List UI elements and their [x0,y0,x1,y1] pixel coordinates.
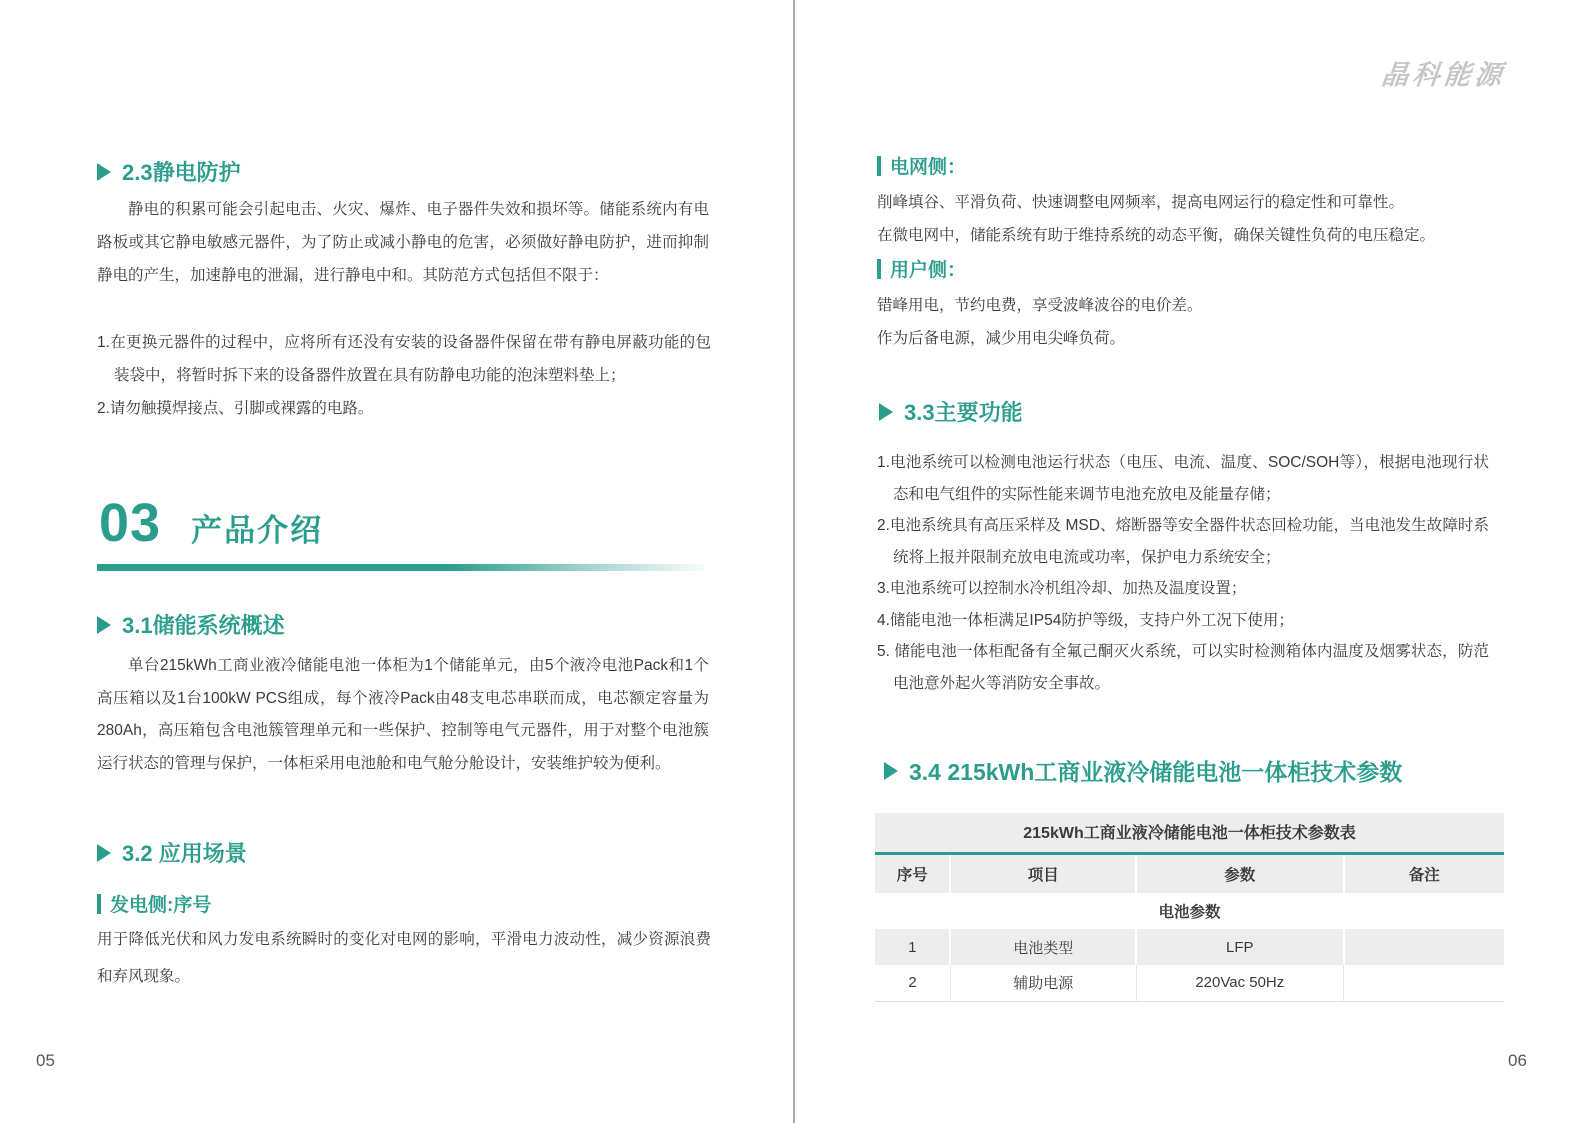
section-3-4-title: 3.4 215kWh工商业液冷储能电池一体柜技术参数 [909,754,1402,787]
list-item: 2.请勿触摸焊接点、引脚或裸露的电路。 [97,392,711,425]
table-caption: 215kWh工商业液冷储能电池一体柜技术参数表 [875,813,1504,855]
page-number-left: 05 [36,1051,55,1071]
table-row: 1 电池类型 LFP [875,929,1504,965]
triangle-bullet-icon [97,616,111,634]
section-3-3-title: 3.3主要功能 [904,396,1023,427]
table-cell: 2 [875,965,950,1001]
section-2-3-title: 2.3静电防护 [122,156,241,187]
column-header: 项目 [950,855,1136,893]
chapter-underline-bar [97,564,705,571]
section-3-1-heading: 3.1储能系统概述 [97,609,285,640]
table-section-row: 电池参数 [875,893,1504,929]
grid-side-label: 电网侧： [890,152,966,179]
list-item: 4.储能电池一体柜满足IP54防护等级，支持户外工况下使用； [877,605,1489,637]
triangle-bullet-icon [884,762,898,780]
page-number-right: 06 [1508,1051,1527,1071]
column-header: 备注 [1344,855,1504,893]
user-side-subheading: 用户侧： [877,255,966,282]
chapter-number: 03 [99,492,161,554]
table-cell: LFP [1136,929,1344,965]
section-2-3-heading: 2.3静电防护 [97,156,241,187]
section-3-3-heading: 3.3主要功能 [879,396,1023,427]
list-item: 5. 储能电池一体柜配备有全氟己酮灭火系统，可以实时检测箱体内温度及烟雾状态，防… [877,636,1489,699]
vertical-bar-icon [97,894,101,914]
table-cell [1344,965,1504,1001]
section-3-2-title: 3.2 应用场景 [122,837,247,868]
column-header: 参数 [1136,855,1344,893]
vertical-bar-icon [877,259,881,279]
text-line: 错峰用电，节约电费，享受波峰波谷的电价差。 [877,289,1489,322]
list-item: 3.电池系统可以控制水冷机组冷却、加热及温度设置； [877,573,1489,605]
text-line: 在微电网中，储能系统有助于维持系统的动态平衡，确保关键性负荷的电压稳定。 [877,219,1489,252]
table-cell [1344,929,1504,965]
table-cell: 1 [875,929,950,965]
grid-side-subheading: 电网侧： [877,152,966,179]
triangle-bullet-icon [879,403,893,421]
chapter-banner: 03 产品介绍 [99,492,323,554]
list-item: 2.电池系统具有高压采样及 MSD、熔断器等安全器件状态回检功能，当电池发生故障… [877,510,1489,573]
triangle-bullet-icon [97,163,111,181]
tech-parameters-table: 215kWh工商业液冷储能电池一体柜技术参数表 序号 项目 参数 备注 电池参数 [875,813,1504,1002]
triangle-bullet-icon [97,844,111,862]
company-logo: 晶科能源 [1380,53,1529,92]
vertical-bar-icon [877,156,881,176]
user-side-label: 用户侧： [890,255,966,282]
user-side-text: 错峰用电，节约电费，享受波峰波谷的电价差。 作为后备电源，减少用电尖峰负荷。 [877,289,1489,355]
table-row: 2 辅助电源 220Vac 50Hz [875,965,1504,1001]
section-3-4-heading: 3.4 215kWh工商业液冷储能电池一体柜技术参数 [884,754,1402,787]
text-line: 作为后备电源，减少用电尖峰负荷。 [877,322,1489,355]
table-section-label: 电池参数 [875,893,1504,929]
list-item: 1.在更换元器件的过程中，应将所有还没有安装的设备器件保留在带有静电屏蔽功能的包… [97,326,711,392]
table-cell: 220Vac 50Hz [1136,965,1344,1001]
section-3-1-title: 3.1储能系统概述 [122,609,285,640]
chapter-title: 产品介绍 [191,505,323,550]
section-2-3-paragraph: 静电的积累可能会引起电击、火灾、爆炸、电子器件失效和损坏等。储能系统内有电路板或… [97,193,709,292]
section-3-2-heading: 3.2 应用场景 [97,837,247,868]
page-divider-line [793,0,795,1123]
section-2-3-list: 1.在更换元器件的过程中，应将所有还没有安装的设备器件保留在带有静电屏蔽功能的包… [97,326,711,425]
generation-side-subheading: 发电侧:序号 [97,890,211,917]
manual-spread: 晶科能源 2.3静电防护 静电的积累可能会引起电击、火灾、爆炸、电子器件失效和损… [0,0,1587,1123]
section-3-1-paragraph: 单台215kWh工商业液冷储能电池一体柜为1个储能单元，由5个液冷电池Pack和… [97,650,709,780]
section-3-3-list: 1.电池系统可以检测电池运行状态（电压、电流、温度、SOC/SOH等），根据电池… [877,447,1489,699]
section-3-2-paragraph: 用于降低光伏和风力发电系统瞬时的变化对电网的影响，平滑电力波动性，减少资源浪费和… [97,921,711,995]
column-header: 序号 [875,855,950,893]
table-header-row: 序号 项目 参数 备注 [875,855,1504,893]
table-cell: 电池类型 [950,929,1136,965]
generation-side-label: 发电侧:序号 [110,890,211,917]
grid-side-text: 削峰填谷、平滑负荷、快速调整电网频率，提高电网运行的稳定性和可靠性。 在微电网中… [877,186,1489,252]
table-cell: 辅助电源 [950,965,1136,1001]
text-line: 削峰填谷、平滑负荷、快速调整电网频率，提高电网运行的稳定性和可靠性。 [877,186,1489,219]
list-item: 1.电池系统可以检测电池运行状态（电压、电流、温度、SOC/SOH等），根据电池… [877,447,1489,510]
